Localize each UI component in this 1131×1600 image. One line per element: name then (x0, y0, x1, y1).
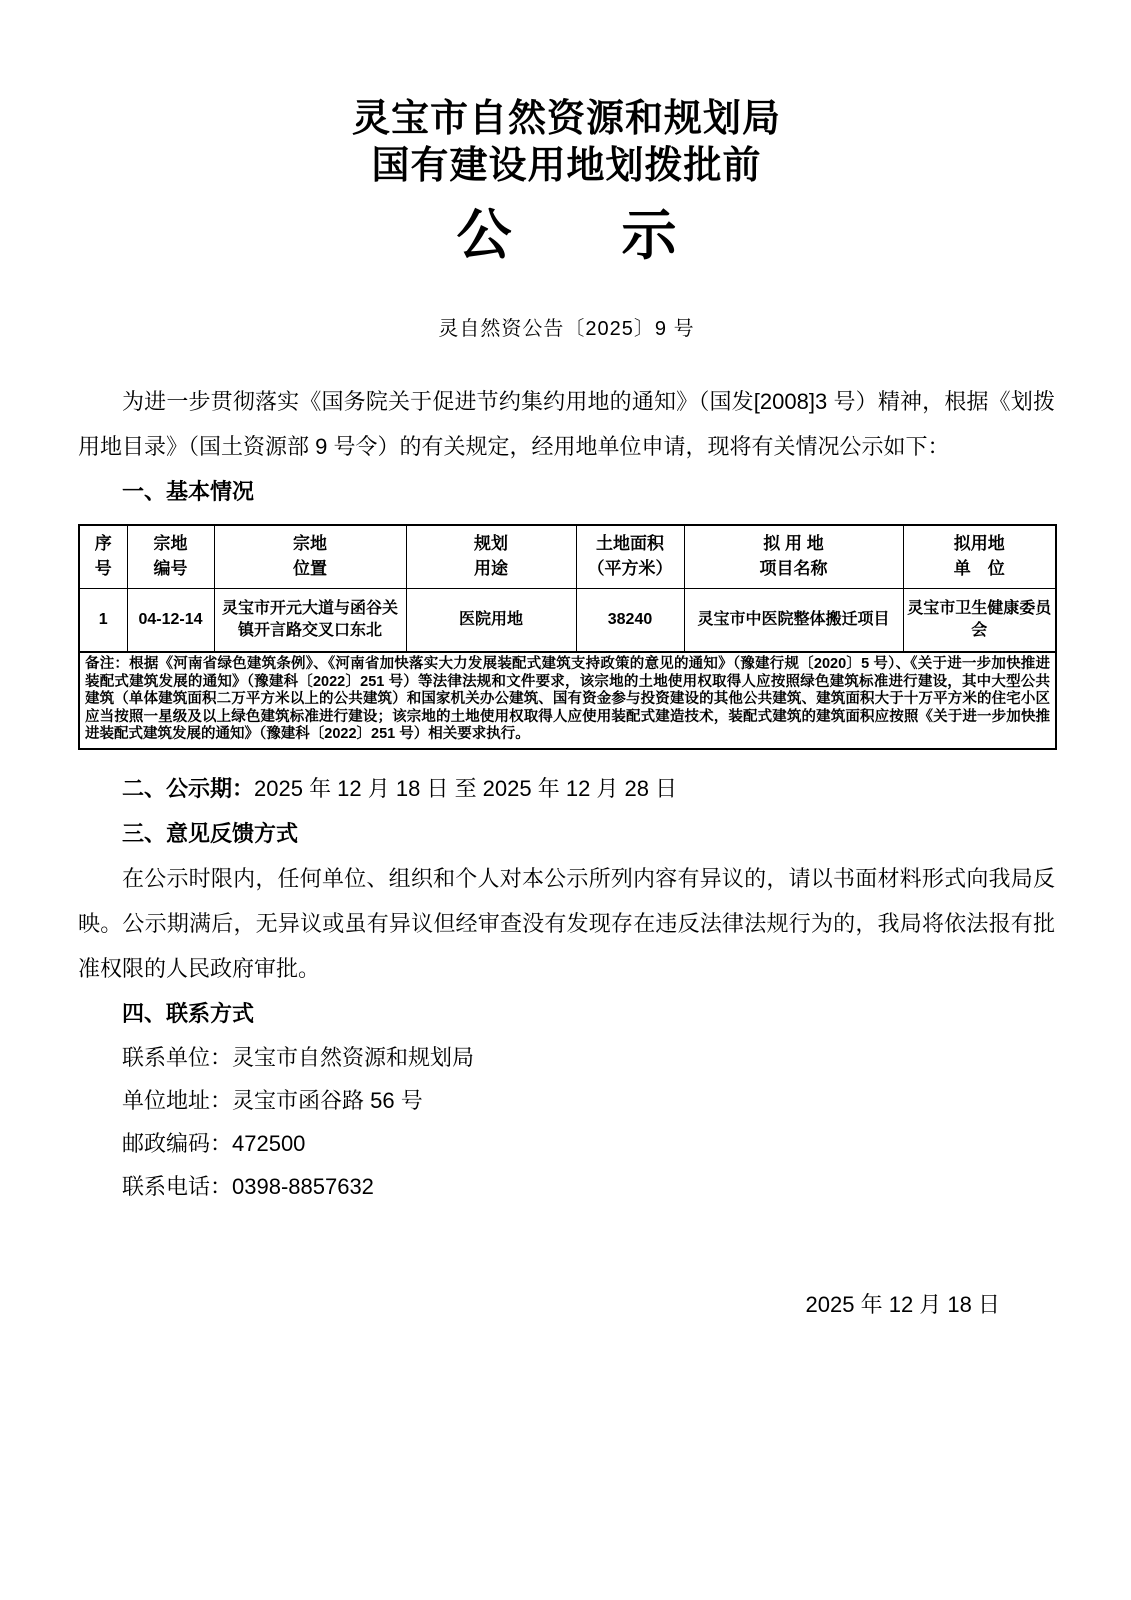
cell-serial: 1 (79, 588, 127, 652)
title-line-2: 国有建设用地划拨批前 (78, 143, 1055, 190)
col-header-serial: 序 号 (79, 525, 127, 588)
land-parcel-table: 序 号 宗地 编号 宗地 位置 规划 用途 土地面积 （平方米） 拟 用 地 项… (78, 524, 1057, 750)
title-line-1: 灵宝市自然资源和规划局 (78, 96, 1055, 143)
section-2-heading: 二、公示期：2025 年 12 月 18 日 至 2025 年 12 月 28 … (122, 766, 1055, 811)
sign-date: 2025 年 12 月 18 日 (78, 1288, 1055, 1319)
contact-phone: 联系电话：0398-8857632 (122, 1165, 1055, 1208)
title-gongshi: 公 示 (78, 204, 1055, 266)
cell-land-area: 38240 (576, 588, 684, 652)
doc-number: 灵自然资公告〔2025〕9 号 (78, 312, 1055, 341)
cell-project-name: 灵宝市中医院整体搬迁项目 (684, 588, 903, 652)
col-header-planned-use: 规划 用途 (406, 525, 576, 588)
cell-parcel-number: 04-12-14 (127, 588, 214, 652)
table-note-row: 备注：根据《河南省绿色建筑条例》、《河南省加快落实大力发展装配式建筑支持政策的意… (79, 652, 1056, 749)
col-header-parcel-location: 宗地 位置 (214, 525, 406, 588)
feedback-paragraph: 在公示时限内，任何单位、组织和个人对本公示所列内容有异议的，请以书面材料形式向我… (78, 856, 1055, 991)
col-header-land-user: 拟用地 单 位 (903, 525, 1056, 588)
cell-land-user: 灵宝市卫生健康委员会 (903, 588, 1056, 652)
cell-parcel-location: 灵宝市开元大道与函谷关镇开言路交叉口东北 (214, 588, 406, 652)
section-3-heading: 三、意见反馈方式 (122, 811, 1055, 856)
table-header-row: 序 号 宗地 编号 宗地 位置 规划 用途 土地面积 （平方米） 拟 用 地 项… (79, 525, 1056, 588)
cell-planned-use: 医院用地 (406, 588, 576, 652)
table-note: 备注：根据《河南省绿色建筑条例》、《河南省加快落实大力发展装配式建筑支持政策的意… (79, 652, 1056, 749)
document-page: 灵宝市自然资源和规划局 国有建设用地划拨批前 公 示 灵自然资公告〔2025〕9… (0, 0, 1131, 1600)
publicity-period-value: 2025 年 12 月 18 日 至 2025 年 12 月 28 日 (254, 776, 677, 801)
contact-postcode: 邮政编码：472500 (122, 1122, 1055, 1165)
section-2-label: 二、公示期： (122, 776, 254, 801)
intro-paragraph: 为进一步贯彻落实《国务院关于促进节约集约用地的通知》（国发[2008]3 号）精… (78, 379, 1055, 469)
section-4-heading: 四、联系方式 (122, 991, 1055, 1036)
contact-unit: 联系单位：灵宝市自然资源和规划局 (122, 1036, 1055, 1079)
col-header-project-name: 拟 用 地 项目名称 (684, 525, 903, 588)
section-1-heading: 一、基本情况 (122, 469, 1055, 514)
table-row: 1 04-12-14 灵宝市开元大道与函谷关镇开言路交叉口东北 医院用地 382… (79, 588, 1056, 652)
col-header-parcel-number: 宗地 编号 (127, 525, 214, 588)
contact-address: 单位地址：灵宝市函谷路 56 号 (122, 1079, 1055, 1122)
col-header-land-area: 土地面积 （平方米） (576, 525, 684, 588)
